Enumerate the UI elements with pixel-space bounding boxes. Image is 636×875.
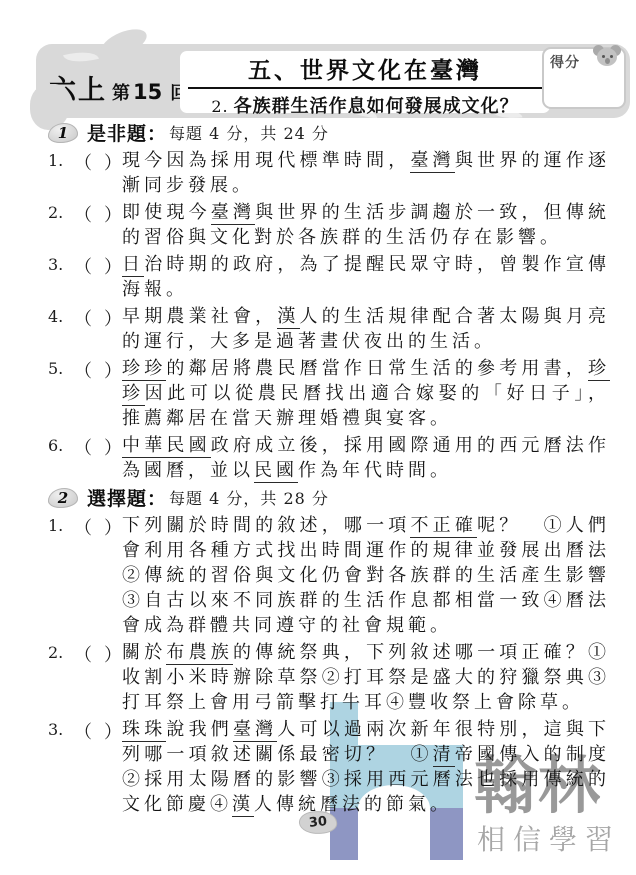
question-text: 即使現今臺灣與世界的生活步調趨於一致，但傳統的習俗與文化對於各族群的生活仍存在影…: [122, 200, 610, 250]
question-text: 下列關於時間的敘述，哪一項不正確呢？ ①人們會利用各種方式找出時間運作的規律並發…: [122, 513, 610, 638]
text-segment: 說我們: [166, 719, 233, 740]
title-box: 五、世界文化在臺灣 2.各族群生活作息如何發展成文化？: [180, 51, 550, 113]
proper-noun-underlined: 中華民國: [122, 435, 211, 458]
paren-open: （: [74, 149, 92, 198]
proper-noun-underlined: 珍珍: [122, 358, 166, 381]
paren-close: ）: [104, 718, 122, 817]
proper-noun-underlined: 臺灣: [211, 202, 255, 225]
question-text: 現今因為採用現代標準時間，臺灣與世界的運作逐漸同步發展。: [122, 148, 610, 198]
lesson-subtitle: 2.各族群生活作息如何發展成文化？: [188, 92, 542, 118]
answer-blank: （）: [74, 356, 122, 431]
lesson-number: 2.: [211, 97, 228, 116]
paren-open: （: [74, 718, 92, 817]
paren-open: （: [74, 357, 92, 431]
question-text: 珍珍的鄰居將農民曆當作日常生活的參考用書，珍珍因此可以從農民曆找出適合嫁娶的「好…: [122, 356, 610, 431]
grade-round-label: 六上第15回: [49, 68, 188, 107]
question-number: 3.: [48, 717, 74, 817]
paren-open: （: [74, 201, 92, 250]
proper-noun-underlined: 布農族: [166, 642, 233, 665]
hanlin-logo-slogan: 相信學習: [477, 818, 621, 858]
question-row: 1.（）現今因為採用現代標準時間，臺灣與世界的運作逐漸同步發展。: [48, 148, 610, 198]
section-colon: ：: [147, 119, 167, 146]
round-prefix: 第: [112, 83, 130, 104]
question-number: 5.: [48, 356, 74, 431]
header-banner: 六上第15回 五、世界文化在臺灣 2.各族群生活作息如何發展成文化？ 得分: [36, 44, 630, 118]
proper-noun-underlined: 日: [122, 254, 144, 277]
text-segment: 早期農業社會，: [122, 306, 277, 327]
section-title: 選擇題: [87, 484, 147, 511]
proper-noun-underlined: 臺灣: [233, 719, 277, 742]
text-segment: 人傳統曆法的節氣。: [254, 794, 452, 815]
answer-blank: （）: [74, 200, 122, 250]
question-text: 關於布農族的傳統祭典，下列敘述哪一項正確？①收割小米時辦除草祭②打耳祭是盛大的狩…: [122, 640, 610, 715]
paren-close: ）: [104, 357, 122, 431]
lesson-title: 各族群生活作息如何發展成文化？: [234, 96, 519, 117]
answer-blank: （）: [74, 513, 122, 638]
section: 2選擇題：每題 4 分，共 28 分1.（）下列關於時間的敘述，哪一項不正確呢？…: [48, 485, 610, 817]
answer-blank: （）: [74, 304, 122, 354]
paren-open: （: [74, 305, 92, 354]
question-text: 早期農業社會，漢人的生活規律配合著太陽與月亮的運行，大多是過著晝伏夜出的生活。: [122, 304, 610, 354]
section-badge: 2: [48, 488, 78, 508]
section-colon: ：: [147, 484, 167, 511]
answer-blank: （）: [74, 640, 122, 715]
proper-noun-underlined: 漢: [277, 306, 299, 329]
question-text: 日治時期的政府，為了提醒民眾守時，曾製作宣傳海報。: [122, 252, 610, 302]
text-segment: 下列關於時間的敘述，哪一項: [122, 515, 410, 536]
paren-close: ）: [104, 641, 122, 715]
question-row: 2.（）關於布農族的傳統祭典，下列敘述哪一項正確？①收割小米時辦除草祭②打耳祭是…: [48, 640, 610, 715]
proper-noun-underlined: 清: [433, 744, 455, 767]
question-text: 中華民國政府成立後，採用國際通用的西元曆法作為國曆，並以民國作為年代時間。: [122, 433, 610, 483]
proper-noun-underlined: 民國: [254, 460, 298, 483]
paren-close: ）: [104, 149, 122, 198]
score-box: 得分: [542, 47, 626, 109]
proper-noun-underlined: 臺灣: [410, 150, 454, 173]
section-header: 2選擇題：每題 4 分，共 28 分: [48, 485, 610, 510]
text-segment: 作為年代時間。: [298, 460, 452, 481]
text-segment: 治時期的政府，為了提醒民眾守時，曾製作宣傳海報。: [122, 254, 610, 300]
question-row: 5.（）珍珍的鄰居將農民曆當作日常生活的參考用書，珍珍因此可以從農民曆找出適合嫁…: [48, 356, 610, 431]
answer-blank: （）: [74, 717, 122, 817]
question-number: 3.: [48, 252, 74, 302]
section-score-info: 每題 4 分，共 28 分: [169, 486, 329, 509]
text-segment: 因此可以從農民曆找出適合嫁娶的「好日子」，推薦鄰居在當天辦理婚禮與宴客。: [122, 383, 610, 429]
score-label: 得分: [550, 52, 580, 72]
proper-noun-underlined: 不正確: [410, 515, 477, 538]
question-number: 2.: [48, 200, 74, 250]
answer-blank: （）: [74, 433, 122, 483]
question-row: 2.（）即使現今臺灣與世界的生活步調趨於一致，但傳統的習俗與文化對於各族群的生活…: [48, 200, 610, 250]
koala-icon: [592, 45, 622, 69]
proper-noun-underlined: 漢: [232, 794, 254, 817]
paren-close: ）: [104, 514, 122, 638]
answer-blank: （）: [74, 148, 122, 198]
section: 1是非題：每題 4 分，共 24 分1.（）現今因為採用現代標準時間，臺灣與世界…: [48, 120, 610, 483]
text-segment: 現今因為採用現代標準時間，: [122, 150, 410, 171]
paren-open: （: [74, 434, 92, 483]
leaf-decoration-icon: [63, 47, 99, 67]
answer-blank: （）: [74, 252, 122, 302]
question-number: 4.: [48, 304, 74, 354]
paren-open: （: [74, 641, 92, 715]
paren-close: ）: [104, 434, 122, 483]
grade-label: 六上: [49, 75, 107, 106]
question-row: 6.（）中華民國政府成立後，採用國際通用的西元曆法作為國曆，並以民國作為年代時間…: [48, 433, 610, 483]
section-header: 1是非題：每題 4 分，共 24 分: [48, 120, 610, 145]
question-number: 1.: [48, 513, 74, 638]
section-title: 是非題: [87, 119, 147, 146]
questions-area: 1是非題：每題 4 分，共 24 分1.（）現今因為採用現代標準時間，臺灣與世界…: [48, 120, 610, 819]
paren-open: （: [74, 514, 92, 638]
question-row: 3.（）日治時期的政府，為了提醒民眾守時，曾製作宣傳海報。: [48, 252, 610, 302]
paren-close: ）: [104, 253, 122, 302]
paren-close: ）: [104, 201, 122, 250]
section-score-info: 每題 4 分，共 24 分: [169, 121, 329, 144]
text-segment: 的鄰居將農民曆當作日常生活的參考用書，: [166, 358, 588, 379]
question-row: 4.（）早期農業社會，漢人的生活規律配合著太陽與月亮的運行，大多是過著晝伏夜出的…: [48, 304, 610, 354]
question-number: 1.: [48, 148, 74, 198]
text-segment: 關於: [122, 642, 166, 663]
unit-title: 五、世界文化在臺灣: [188, 52, 542, 89]
question-number: 2.: [48, 640, 74, 715]
section-badge: 1: [48, 123, 78, 143]
question-text: 珠珠說我們臺灣人可以過兩次新年很特別，這與下列哪一項敘述關係最密切？ ①清帝國傳…: [122, 717, 610, 817]
proper-noun-underlined: 珠珠: [122, 719, 166, 742]
question-row: 1.（）下列關於時間的敘述，哪一項不正確呢？ ①人們會利用各種方式找出時間運作的…: [48, 513, 610, 638]
paren-close: ）: [104, 305, 122, 354]
paren-open: （: [74, 253, 92, 302]
round-number: 15: [133, 80, 162, 104]
question-number: 6.: [48, 433, 74, 483]
question-row: 3.（）珠珠說我們臺灣人可以過兩次新年很特別，這與下列哪一項敘述關係最密切？ ①…: [48, 717, 610, 817]
text-segment: 即使現今: [122, 202, 211, 223]
